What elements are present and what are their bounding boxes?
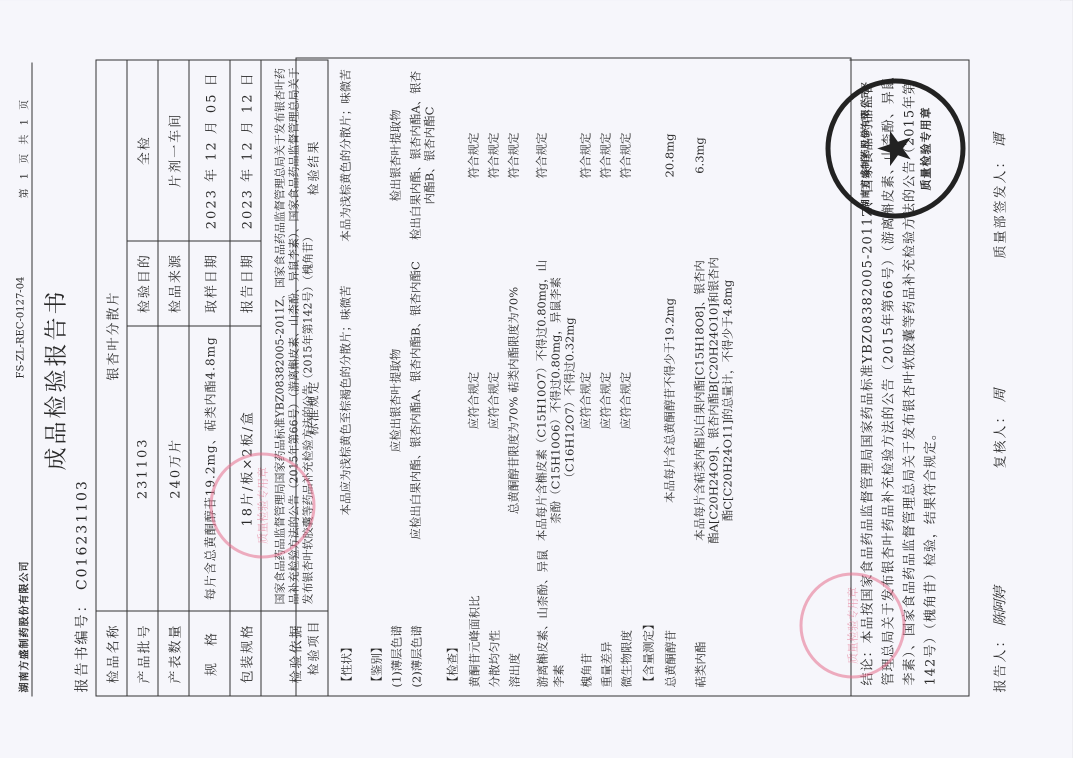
black-company-seal: 湖南方盛制药股份有限公司 ★ 质量检验专用章 [826,79,966,219]
spec-label: 规 格 [189,611,230,696]
result-value: 符合规定 [599,66,613,246]
reviewer-label: 复核人： [994,408,1009,468]
source-label: 检品来源 [158,241,189,326]
result-item: 溶出度 [507,548,523,688]
quantity-label: 产表数量 [158,611,189,696]
result-item: 【性状】 [339,548,355,688]
result-value: 检出银杏叶提取物 [389,66,403,246]
result-item: 【检查】 [445,548,461,688]
result-item: (1)薄层色谱 [389,548,405,688]
result-value: 符合规定 [507,66,521,246]
reporter-signature: 陈阿婷 [993,587,1009,626]
red-stamp-bottom: 质量检验专用章 [800,573,906,679]
info-table: 检品名称 银杏叶分散片 产品批号 231103 检验目的 全检 产表数量 240… [96,60,329,697]
result-value: 符合规定 [579,66,593,246]
result-standard: 本品每片含槲皮素（C15H10O7）不得过0.80mg，山柰酚（C15H10O6… [535,256,577,546]
result-standard: 应检出银杏叶提取物 [389,256,403,546]
report-date-label: 报告日期 [230,241,261,326]
result-value: 符合规定 [535,66,549,246]
document-title: 成品检验报告书 [38,1,71,758]
result-standard: 本品每片含总黄酮醇苷不得少于19.2mg [663,256,677,546]
reporter: 报告人： 陈阿婷 [990,587,1010,692]
report-date-value: 2023 年 12 月 12 日 [230,60,261,241]
report-page: 湖南方盛制药股份有限公司 FS-ZL-REC-0127-04 第 1 页 共 1… [0,1,1073,758]
result-item: 黄酮苷元峰面积比 [467,548,483,688]
result-item: 分散均匀性 [487,548,503,688]
result-standard: 本品每片含萜类内酯以白果内酯[C15H18O8]、银杏内酯A[C20H24O9]… [693,256,735,546]
result-standard: 总黄酮醇苷限度为70% 萜类内酯限度为70% [507,256,521,546]
result-standard: 应符合规定 [487,256,501,546]
col-result-header: 检验结果 [305,139,322,195]
result-value: 符合规定 [487,66,501,246]
result-standard: 应符合规定 [619,256,633,546]
col-standard-header: 标准规定 [305,379,322,435]
source-value: 片剂一车间 [158,60,189,241]
report-number-label: 报告书编号： [75,597,91,693]
issuer-label: 质量部签发人： [994,153,1009,258]
red-stamp-text: 质量检验专用章 [845,587,861,664]
results-section: 检验项目 标准规定 检验结果 【性状】本品应为浅棕黄色至棕褐色的分散片；味微苦本… [296,58,852,697]
result-item: 【含量测定】 [641,548,657,688]
page-indicator: 第 1 页 共 1 页 [16,97,31,199]
reviewer-signature: 周 [993,389,1009,402]
quantity-value: 240万片 [158,326,189,611]
result-item: 微生物限度 [619,548,635,688]
result-value: 20.8mg [663,66,677,246]
result-value: 6.3mg [693,66,707,246]
result-item: 萜类内酯 [693,548,709,688]
result-item: 【鉴别】 [369,548,385,688]
product-name-label: 检品名称 [96,611,127,696]
product-name: 银杏叶分散片 [96,60,127,611]
result-standard: 本品应为浅棕黄色至棕褐色的分散片；味微苦 [339,256,353,546]
result-standard: 应符合规定 [579,256,593,546]
report-number-value: C016231103 [75,479,91,590]
company-name: 湖南方盛制药股份有限公司 [16,561,31,693]
result-item: 重量差异 [599,548,615,688]
result-item: (2)薄层色谱 [409,548,425,688]
result-item: 游离槲皮素、山柰酚、异鼠李素 [535,548,567,688]
result-standard: 应检出白果内酯、银杏内酯A、银杏内酯B、银杏内酯C [409,256,423,546]
result-value: 本品为浅棕黄色的分散片；味微苦 [339,66,353,246]
seal-purpose: 质量检验专用章 [917,107,933,191]
form-code: FS-ZL-REC-0127-04 [16,277,27,379]
result-standard: 应符合规定 [467,256,481,546]
purpose-label: 检验目的 [127,241,158,326]
reporter-label: 报告人： [994,632,1009,692]
issuer-signature: 谭 [993,134,1009,147]
reviewer: 复核人： 周 [990,389,1010,468]
star-icon: ★ [871,128,917,169]
result-value: 符合规定 [619,66,633,246]
sampling-date-label: 取样日期 [189,241,230,326]
result-item: 总黄酮醇苷 [663,548,679,688]
batch-label: 产品批号 [127,611,158,696]
result-value: 检出白果内酯、银杏内酯A、银杏内酯B、银杏内酯C [409,66,437,246]
batch-value: 231103 [127,326,158,611]
result-item: 槐角苷 [579,548,595,688]
red-stamp-top: 质量检验专用章 [210,453,316,559]
result-standard: 应符合规定 [599,256,613,546]
col-item-header: 检验项目 [305,619,322,675]
sampling-date-value: 2023 年 12 月 05 日 [189,60,230,241]
report-number: 报告书编号： C016231103 [72,479,92,692]
result-value: 符合规定 [467,66,481,246]
issuer: 质量部签发人： 谭 [990,134,1010,258]
purpose-value: 全检 [127,60,158,241]
package-label: 包装规格 [230,611,261,696]
header-divider [32,63,33,697]
red-stamp-text: 质量检验专用章 [255,467,271,544]
